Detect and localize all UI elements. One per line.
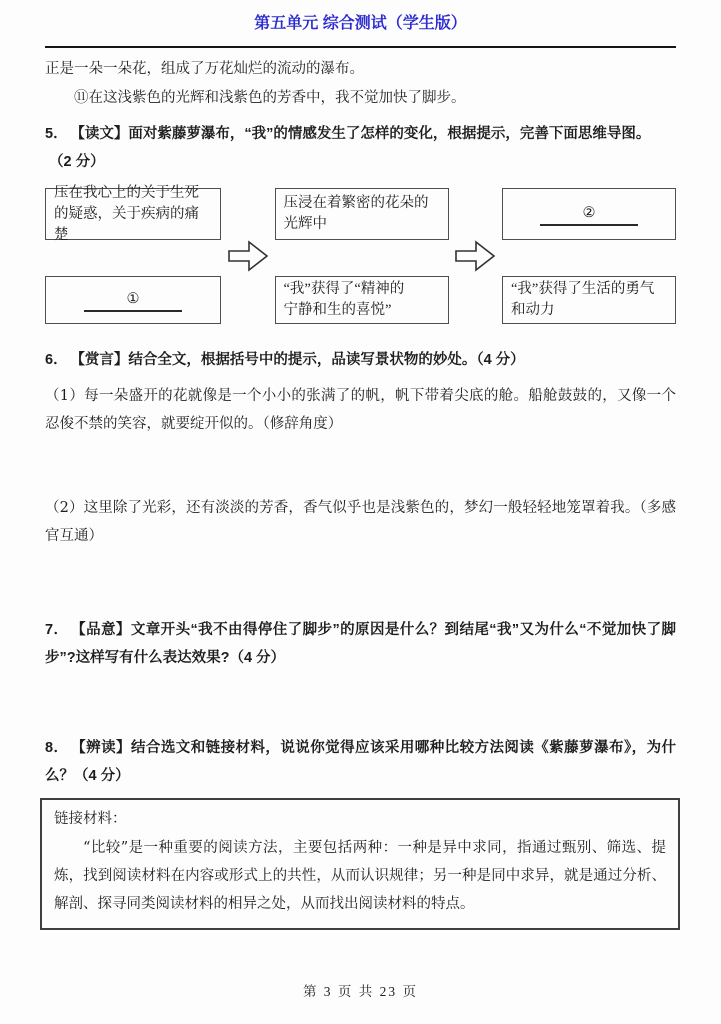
mindmap-box-top-left: 压在我心上的关于生死 的疑惑，关于疾病的痛楚 bbox=[45, 188, 221, 240]
passage-line-2: ⑪在这浅紫色的光辉和浅紫色的芳香中，我不觉加快了脚步。 bbox=[45, 86, 676, 110]
answer-blank-1[interactable]: ① bbox=[84, 289, 182, 312]
question-6-text: 结合全文，根据括号中的提示，品读写景状物的妙处。（4 分） bbox=[128, 352, 524, 368]
question-6-tag: 【赏言】 bbox=[78, 352, 129, 368]
question-7: 7．【品意】文章开头“我不由得停住了脚步”的原因是什么？到结尾“我”又为什么“不… bbox=[45, 616, 676, 672]
header-divider bbox=[45, 46, 676, 48]
mindmap-blank-1[interactable]: ① bbox=[45, 276, 221, 324]
page-title: 第五单元 综合测试（学生版） bbox=[45, 12, 676, 36]
question-5-tag: 【读文】 bbox=[78, 126, 129, 142]
right-arrow-icon bbox=[455, 240, 495, 272]
mindmap-blank-2[interactable]: ② bbox=[502, 188, 676, 240]
question-8: 8．【辨读】结合选文和链接材料，说说你觉得应该采用哪种比较方法阅读《紫藤萝瀑布》… bbox=[45, 734, 676, 790]
mind-map: 压在我心上的关于生死 的疑惑，关于疾病的痛楚 压浸在着繁密的花朵的 光辉中 ② … bbox=[45, 188, 676, 324]
question-8-tag: 【辨读】 bbox=[78, 740, 131, 756]
question-7-tag: 【品意】 bbox=[78, 622, 130, 638]
question-5-text: 面对紫藤萝瀑布，“我”的情感发生了怎样的变化，根据提示，完善下面思维导图。 bbox=[128, 126, 650, 142]
link-material-box: 链接材料： “比较”是一种重要的阅读方法，主要包括两种：一种是异中求同，指通过甄… bbox=[40, 798, 680, 930]
answer-blank-2[interactable]: ② bbox=[540, 203, 638, 226]
passage-line-1: 正是一朵一朵花，组成了万花灿烂的流动的瀑布。 bbox=[45, 57, 676, 81]
page-number: 第 3 页 共 23 页 bbox=[0, 980, 721, 1000]
mindmap-box-bottom-middle: “我”获得了“精神的 宁静和生的喜悦” bbox=[275, 276, 449, 324]
right-arrow-icon bbox=[228, 240, 268, 272]
question-8-text: 结合选文和链接材料，说说你觉得应该采用哪种比较方法阅读《紫藤萝瀑布》，为什么？（… bbox=[45, 740, 676, 784]
question-6: 6．【赏言】结合全文，根据括号中的提示，品读写景状物的妙处。（4 分） bbox=[45, 346, 676, 374]
question-8-number: 8． bbox=[45, 740, 68, 756]
mindmap-box-top-middle: 压浸在着繁密的花朵的 光辉中 bbox=[275, 188, 449, 240]
question-6-sub1: （1）每一朵盛开的花就像是一个小小的张满了的帆，帆下带着尖底的舱。船舱鼓鼓的，又… bbox=[45, 382, 676, 438]
question-6-number: 6． bbox=[45, 352, 68, 368]
link-material-title: 链接材料： bbox=[54, 804, 666, 834]
question-5: 5．【读文】面对紫藤萝瀑布，“我”的情感发生了怎样的变化，根据提示，完善下面思维… bbox=[45, 120, 676, 148]
question-5-number: 5． bbox=[45, 126, 68, 142]
document-page: 第五单元 综合测试（学生版） 正是一朵一朵花，组成了万花灿烂的流动的瀑布。 ⑪在… bbox=[0, 0, 721, 1024]
mindmap-box-bottom-right: “我”获得了生活的勇气 和动力 bbox=[502, 276, 676, 324]
flow-arrow-1 bbox=[221, 188, 275, 324]
question-6-sub2: （2）这里除了光彩，还有淡淡的芳香，香气似乎也是浅紫色的，梦幻一般轻轻地笼罩着我… bbox=[45, 494, 676, 550]
question-7-text: 文章开头“我不由得停住了脚步”的原因是什么？到结尾“我”又为什么“不觉加快了脚步… bbox=[45, 622, 676, 666]
question-5-score: （2 分） bbox=[45, 148, 676, 176]
flow-arrow-2 bbox=[449, 188, 503, 324]
link-material-body: “比较”是一种重要的阅读方法，主要包括两种：一种是异中求同，指通过甄别、筛选、提… bbox=[54, 834, 666, 918]
question-7-number: 7． bbox=[45, 622, 68, 638]
